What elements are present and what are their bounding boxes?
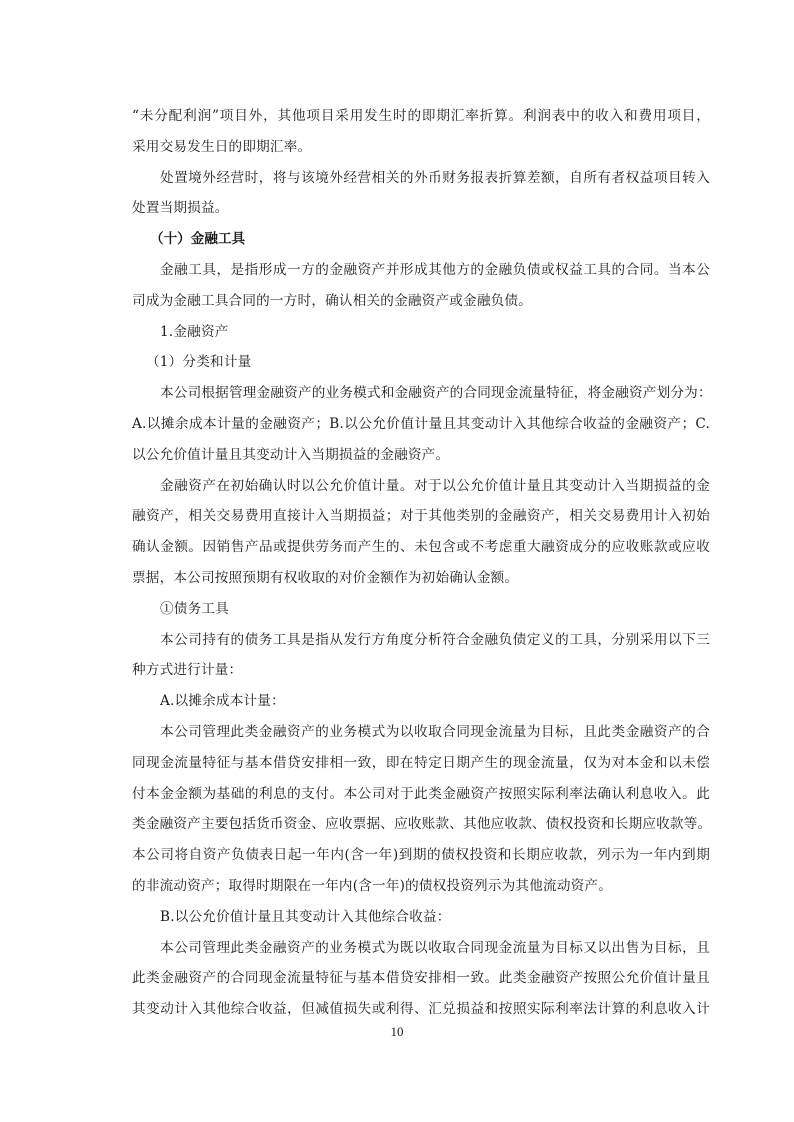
text-line: 本公司管理此类金融资产的业务模式为以收取合同现金流量为目标，且此类金融资产的合 xyxy=(132,717,710,748)
text-line: 此类金融资产的合同现金流量特征与基本借贷安排相一致。此类金融资产按照公允价值计量… xyxy=(132,963,710,994)
paragraph-disposal-foreign-operation: 处置境外经营时，将与该境外经营相关的外币财务报表折算差额，自所有者权益项目转入 … xyxy=(132,163,710,225)
text-line: A.以摊余成本计量： xyxy=(132,686,710,717)
text-line: 以公允价值计量且其变动计入当期损益的金融资产。 xyxy=(132,440,710,471)
text-line: 1.金融资产 xyxy=(132,317,710,348)
subheading-classification-measurement: （1）分类和计量 xyxy=(132,347,710,378)
text-line: （1）分类和计量 xyxy=(132,347,710,378)
text-line: B.以公允价值计量且其变动计入其他综合收益： xyxy=(132,902,710,933)
subheading-debt-instruments: ①债务工具 xyxy=(132,594,710,625)
text-line: ①债务工具 xyxy=(132,594,710,625)
text-line: 金融资产在初始确认时以公允价值计量。对于以公允价值计量且其变动计入当期损益的金 xyxy=(132,471,710,502)
document-page: “未分配利润”项目外，其他项目采用发生时的即期汇率折算。利润表中的收入和费用项目… xyxy=(0,0,794,1122)
paragraph-asset-classification: 本公司根据管理金融资产的业务模式和金融资产的合同现金流量特征，将金融资产划分为：… xyxy=(132,378,710,470)
text-line: 同现金流量特征与基本借贷安排相一致，即在特定日期产生的现金流量，仅为对本金和以未… xyxy=(132,748,710,779)
paragraph-debt-instrument-definition: 本公司持有的债务工具是指从发行方角度分析符合金融负债定义的工具，分别采用以下三 … xyxy=(132,625,710,687)
text-line: A.以摊余成本计量的金融资产；B.以公允价值计量且其变动计入其他综合收益的金融资… xyxy=(132,409,710,440)
text-line: 本公司持有的债务工具是指从发行方角度分析符合金融负债定义的工具，分别采用以下三 xyxy=(132,625,710,656)
paragraph-financial-instrument-definition: 金融工具，是指形成一方的金融资产并形成其他方的金融负债或权益工具的合同。当本公 … xyxy=(132,255,710,317)
text-line: 类金融资产主要包括货币资金、应收票据、应收账款、其他应收款、债权投资和长期应收款… xyxy=(132,809,710,840)
text-line: 金融工具，是指形成一方的金融资产并形成其他方的金融负债或权益工具的合同。当本公 xyxy=(132,255,710,286)
subheading-amortized-cost: A.以摊余成本计量： xyxy=(132,686,710,717)
text-line: 本公司管理此类金融资产的业务模式为既以收取合同现金流量为目标又以出售为目标，且 xyxy=(132,933,710,964)
text-line: 种方式进行计量： xyxy=(132,655,710,686)
text-line: 其变动计入其他综合收益，但减值损失或利得、汇兑损益和按照实际利率法计算的利息收入… xyxy=(132,994,710,1025)
paragraph-foreign-currency-translation: “未分配利润”项目外，其他项目采用发生时的即期汇率折算。利润表中的收入和费用项目… xyxy=(132,101,710,163)
text-line: 处置境外经营时，将与该境外经营相关的外币财务报表折算差额，自所有者权益项目转入 xyxy=(132,163,710,194)
text-line: 处置当期损益。 xyxy=(132,193,710,224)
subheading-fvoci: B.以公允价值计量且其变动计入其他综合收益： xyxy=(132,902,710,933)
subheading-financial-assets: 1.金融资产 xyxy=(132,317,710,348)
text-line: 票据，本公司按照预期有权收取的对价金额作为初始确认金额。 xyxy=(132,563,710,594)
page-number: 10 xyxy=(0,1024,794,1040)
document-body: “未分配利润”项目外，其他项目采用发生时的即期汇率折算。利润表中的收入和费用项目… xyxy=(132,101,710,1025)
text-line: 的非流动资产；取得时期限在一年内(含一年)的债权投资列示为其他流动资产。 xyxy=(132,871,710,902)
text-line: 司成为金融工具合同的一方时，确认相关的金融资产或金融负债。 xyxy=(132,286,710,317)
text-line: “未分配利润”项目外，其他项目采用发生时的即期汇率折算。利润表中的收入和费用项目… xyxy=(132,101,710,132)
text-line: 本公司将自资产负债表日起一年内(含一年)到期的债权投资和长期应收款，列示为一年内… xyxy=(132,840,710,871)
text-line: 付本金金额为基础的利息的支付。本公司对于此类金融资产按照实际利率法确认利息收入。… xyxy=(132,779,710,810)
text-line: 采用交易发生日的即期汇率。 xyxy=(132,132,710,163)
paragraph-amortized-cost-details: 本公司管理此类金融资产的业务模式为以收取合同现金流量为目标，且此类金融资产的合 … xyxy=(132,717,710,902)
text-line: 本公司根据管理金融资产的业务模式和金融资产的合同现金流量特征，将金融资产划分为： xyxy=(132,378,710,409)
section-heading-financial-instruments: （十）金融工具 xyxy=(132,224,710,255)
text-line: 融资产，相关交易费用直接计入当期损益；对于其他类别的金融资产，相关交易费用计入初… xyxy=(132,501,710,532)
text-line: 确认金额。因销售产品或提供劳务而产生的、未包含或不考虑重大融资成分的应收账款或应… xyxy=(132,532,710,563)
paragraph-initial-recognition: 金融资产在初始确认时以公允价值计量。对于以公允价值计量且其变动计入当期损益的金 … xyxy=(132,471,710,594)
paragraph-fvoci-details: 本公司管理此类金融资产的业务模式为既以收取合同现金流量为目标又以出售为目标，且 … xyxy=(132,933,710,1025)
